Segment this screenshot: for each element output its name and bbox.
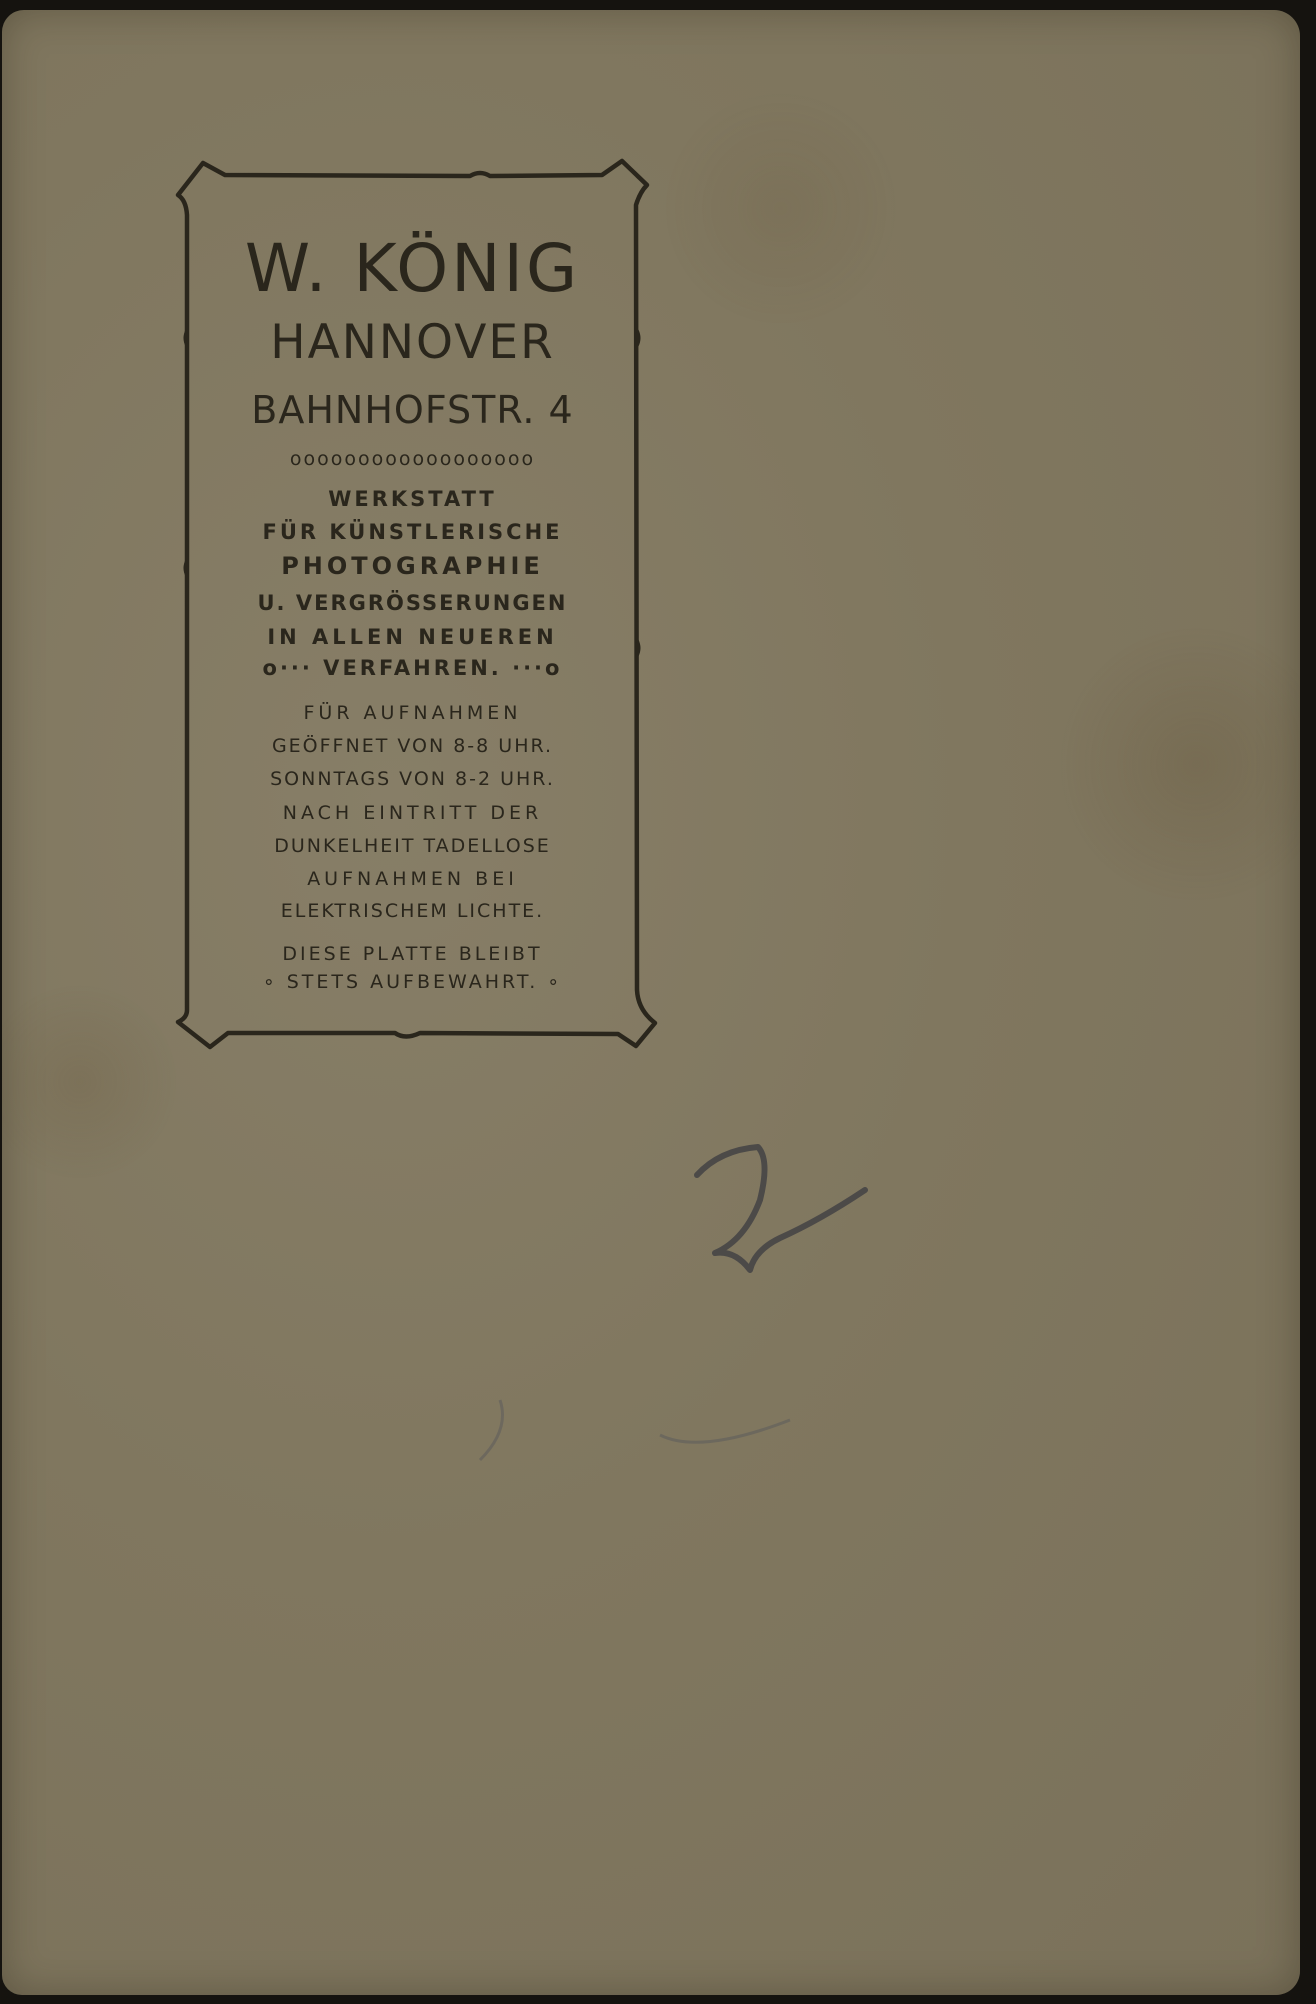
handwritten-number: 2: [660, 1120, 900, 1300]
studio-name: W. KÖNIG: [187, 236, 638, 302]
service-line: PHOTOGRAPHIE: [187, 554, 638, 578]
service-line: IN ALLEN NEUEREN: [187, 625, 638, 649]
hours-line: GEÖFFNET VON 8-8 UHR.: [187, 735, 638, 757]
notice-line: DIESE PLATTE BLEIBT: [187, 943, 638, 965]
hours-line: ELEKTRISCHEM LICHTE.: [187, 900, 638, 922]
hours-line: SONNTAGS VON 8-2 UHR.: [187, 768, 638, 790]
faint-pencil-marks: [460, 1380, 820, 1490]
service-line: WERKSTATT: [187, 487, 638, 511]
hours-line: DUNKELHEIT TADELLOSE: [187, 835, 638, 857]
notice-line: ∘ STETS AUFBEWAHRT. ∘: [187, 971, 638, 993]
service-line: U. VERGRÖSSERUNGEN: [187, 591, 638, 615]
studio-address: BAHNHOFSTR. 4: [187, 388, 638, 432]
studio-city: HANNOVER: [187, 318, 638, 368]
hours-line: AUFNAHMEN BEI: [187, 868, 638, 890]
hours-line: NACH EINTRITT DER: [187, 802, 638, 824]
service-line: o··· VERFAHREN. ···o: [187, 656, 638, 680]
hours-line: FÜR AUFNAHMEN: [187, 702, 638, 724]
service-line: FÜR KÜNSTLERISCHE: [187, 520, 638, 544]
dot-divider: oooooooooooooooooo: [187, 448, 638, 470]
